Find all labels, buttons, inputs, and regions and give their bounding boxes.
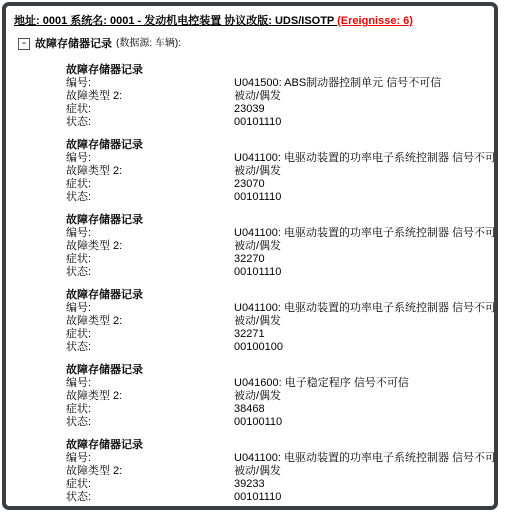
fault-record: 故障存储器记录 编号: U041100: 电驱动装置的功率电子系统控制器 信号不… bbox=[66, 439, 488, 504]
status-label: 状态: bbox=[66, 191, 234, 204]
fault-type-label: 故障类型 2: bbox=[66, 390, 234, 403]
record-fault-type-row: 故障类型 2: 被动/偶发 bbox=[66, 390, 488, 403]
record-fault-type-row: 故障类型 2: 被动/偶发 bbox=[66, 165, 488, 178]
record-code-row: 编号: U041600: 电子稳定程序 信号不可信 bbox=[66, 377, 488, 390]
record-title: 故障存储器记录 bbox=[66, 64, 488, 77]
record-title: 故障存储器记录 bbox=[66, 364, 488, 377]
fault-type-label: 故障类型 2: bbox=[66, 165, 234, 178]
code-label: 编号: bbox=[66, 302, 234, 315]
record-code-row: 编号: U041100: 电驱动装置的功率电子系统控制器 信号不可信 bbox=[66, 452, 488, 465]
status-value: 00101110 bbox=[234, 191, 281, 204]
record-symptom-row: 症状: 23039 bbox=[66, 103, 488, 116]
symptom-value: 32271 bbox=[234, 328, 265, 341]
status-value: 00101110 bbox=[234, 116, 281, 129]
record-fault-type-row: 故障类型 2: 被动/偶发 bbox=[66, 465, 488, 478]
fault-record: 故障存储器记录 编号: U041500: ABS制动器控制单元 信号不可信 故障… bbox=[66, 64, 488, 129]
collapse-toggle-button[interactable]: - bbox=[18, 38, 30, 50]
record-symptom-row: 症状: 38468 bbox=[66, 403, 488, 416]
status-value: 00101110 bbox=[234, 491, 281, 504]
record-code-row: 编号: U041100: 电驱动装置的功率电子系统控制器 信号不可信 bbox=[66, 302, 488, 315]
fault-record-list: 故障存储器记录 编号: U041500: ABS制动器控制单元 信号不可信 故障… bbox=[66, 64, 488, 504]
address-line: 地址: 0001 系统名: 0001 - 发动机电控装置 协议改版: UDS/I… bbox=[14, 15, 334, 27]
record-title: 故障存储器记录 bbox=[66, 214, 488, 227]
symptom-label: 症状: bbox=[66, 403, 234, 416]
record-symptom-row: 症状: 32271 bbox=[66, 328, 488, 341]
symptom-label: 症状: bbox=[66, 478, 234, 491]
report-frame: 地址: 0001 系统名: 0001 - 发动机电控装置 协议改版: UDS/I… bbox=[2, 2, 498, 510]
code-value: U041500: ABS制动器控制单元 信号不可信 bbox=[234, 77, 441, 90]
code-value: U041100: 电驱动装置的功率电子系统控制器 信号不可信 bbox=[234, 452, 498, 465]
record-title: 故障存储器记录 bbox=[66, 139, 488, 152]
record-symptom-row: 症状: 32270 bbox=[66, 253, 488, 266]
events-count-link[interactable]: (Ereignisse: 6) bbox=[337, 15, 413, 27]
record-status-row: 状态: 00101110 bbox=[66, 116, 488, 129]
status-label: 状态: bbox=[66, 491, 234, 504]
fault-memory-section-header: - 故障存储器记录 (数据源: 车辆): bbox=[18, 37, 488, 51]
fault-type-label: 故障类型 2: bbox=[66, 90, 234, 103]
fault-type-label: 故障类型 2: bbox=[66, 315, 234, 328]
data-source-note: (数据源: 车辆): bbox=[116, 37, 181, 51]
status-label: 状态: bbox=[66, 116, 234, 129]
record-code-row: 编号: U041500: ABS制动器控制单元 信号不可信 bbox=[66, 77, 488, 90]
code-value: U041100: 电驱动装置的功率电子系统控制器 信号不可信 bbox=[234, 302, 498, 315]
symptom-label: 症状: bbox=[66, 328, 234, 341]
status-label: 状态: bbox=[66, 416, 234, 429]
fault-type-value: 被动/偶发 bbox=[234, 465, 281, 478]
symptom-value: 23070 bbox=[234, 178, 265, 191]
code-label: 编号: bbox=[66, 452, 234, 465]
symptom-label: 症状: bbox=[66, 178, 234, 191]
record-status-row: 状态: 00101110 bbox=[66, 191, 488, 204]
record-status-row: 状态: 00101110 bbox=[66, 266, 488, 279]
code-label: 编号: bbox=[66, 152, 234, 165]
code-label: 编号: bbox=[66, 377, 234, 390]
code-label: 编号: bbox=[66, 227, 234, 240]
record-fault-type-row: 故障类型 2: 被动/偶发 bbox=[66, 90, 488, 103]
record-title: 故障存储器记录 bbox=[66, 439, 488, 452]
fault-record: 故障存储器记录 编号: U041100: 电驱动装置的功率电子系统控制器 信号不… bbox=[66, 214, 488, 279]
fault-type-value: 被动/偶发 bbox=[234, 240, 281, 253]
status-value: 00100110 bbox=[234, 416, 282, 429]
record-fault-type-row: 故障类型 2: 被动/偶发 bbox=[66, 240, 488, 253]
record-symptom-row: 症状: 39233 bbox=[66, 478, 488, 491]
symptom-value: 23039 bbox=[234, 103, 265, 116]
diagnostic-report-page: 地址: 0001 系统名: 0001 - 发动机电控装置 协议改版: UDS/I… bbox=[0, 0, 506, 523]
symptom-value: 38468 bbox=[234, 403, 265, 416]
status-label: 状态: bbox=[66, 266, 234, 279]
fault-type-value: 被动/偶发 bbox=[234, 165, 281, 178]
fault-type-value: 被动/偶发 bbox=[234, 315, 281, 328]
status-value: 00100100 bbox=[234, 341, 283, 354]
record-status-row: 状态: 00101110 bbox=[66, 491, 488, 504]
record-code-row: 编号: U041100: 电驱动装置的功率电子系统控制器 信号不可信 bbox=[66, 227, 488, 240]
code-label: 编号: bbox=[66, 77, 234, 90]
symptom-value: 39233 bbox=[234, 478, 265, 491]
symptom-value: 32270 bbox=[234, 253, 265, 266]
fault-record: 故障存储器记录 编号: U041100: 电驱动装置的功率电子系统控制器 信号不… bbox=[66, 289, 488, 354]
fault-type-label: 故障类型 2: bbox=[66, 465, 234, 478]
fault-type-value: 被动/偶发 bbox=[234, 390, 281, 403]
record-status-row: 状态: 00100100 bbox=[66, 341, 488, 354]
control-module-header: 地址: 0001 系统名: 0001 - 发动机电控装置 协议改版: UDS/I… bbox=[14, 14, 488, 28]
status-value: 00101110 bbox=[234, 266, 281, 279]
fault-record: 故障存储器记录 编号: U041100: 电驱动装置的功率电子系统控制器 信号不… bbox=[66, 139, 488, 204]
record-symptom-row: 症状: 23070 bbox=[66, 178, 488, 191]
record-status-row: 状态: 00100110 bbox=[66, 416, 488, 429]
fault-memory-section-title: 故障存储器记录 bbox=[35, 37, 112, 51]
record-code-row: 编号: U041100: 电驱动装置的功率电子系统控制器 信号不可信 bbox=[66, 152, 488, 165]
symptom-label: 症状: bbox=[66, 103, 234, 116]
symptom-label: 症状: bbox=[66, 253, 234, 266]
code-value: U041100: 电驱动装置的功率电子系统控制器 信号不可信 bbox=[234, 227, 498, 240]
code-value: U041100: 电驱动装置的功率电子系统控制器 信号不可信 bbox=[234, 152, 498, 165]
status-label: 状态: bbox=[66, 341, 234, 354]
record-fault-type-row: 故障类型 2: 被动/偶发 bbox=[66, 315, 488, 328]
fault-type-label: 故障类型 2: bbox=[66, 240, 234, 253]
code-value: U041600: 电子稳定程序 信号不可信 bbox=[234, 377, 409, 390]
fault-record: 故障存储器记录 编号: U041600: 电子稳定程序 信号不可信 故障类型 2… bbox=[66, 364, 488, 429]
record-title: 故障存储器记录 bbox=[66, 289, 488, 302]
fault-type-value: 被动/偶发 bbox=[234, 90, 281, 103]
